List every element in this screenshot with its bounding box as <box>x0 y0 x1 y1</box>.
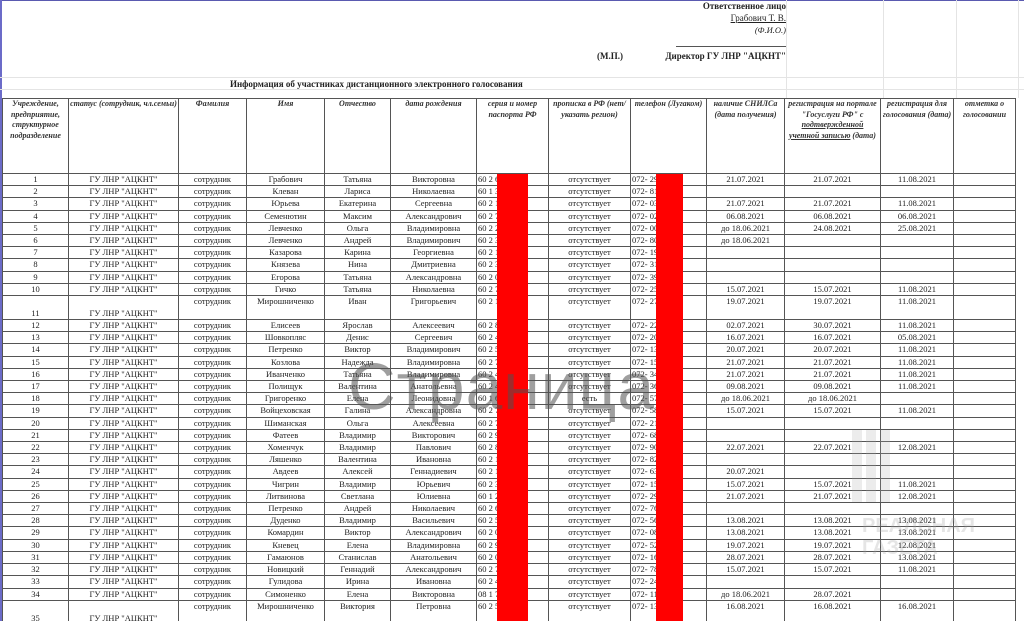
cell-gosuslugi: 19.07.2021 <box>785 539 881 551</box>
cell-vote-registration: 11.08.2021 <box>881 564 954 576</box>
sheet-gridline <box>0 89 1024 90</box>
row-number: 10 <box>3 283 69 295</box>
cell-middle-name: Александрович <box>391 564 477 576</box>
cell-first-name: Ольга <box>325 417 391 429</box>
cell-last-name: Козлова <box>247 356 325 368</box>
cell-vote-registration: 13.08.2021 <box>881 527 954 539</box>
cell-middle-name: Анатольевич <box>391 551 477 563</box>
cell-last-name: Авдеев <box>247 466 325 478</box>
cell-snils <box>707 271 785 283</box>
cell-snils: 15.07.2021 <box>707 283 785 295</box>
cell-snils: 21.07.2021 <box>707 356 785 368</box>
cell-vote-registration: 11.08.2021 <box>881 368 954 380</box>
cell-first-name: Владимир <box>325 429 391 441</box>
cell-snils: 15.07.2021 <box>707 564 785 576</box>
cell-middle-name: Александрович <box>391 527 477 539</box>
col-header-org: Учреждение, предприятие, структурное под… <box>3 99 69 174</box>
row-number: 13 <box>3 332 69 344</box>
cell-registration: отсутствует <box>549 210 631 222</box>
cell-status: сотрудник <box>179 235 247 247</box>
cell-org: ГУ ЛНР "АЦКНТ" <box>69 490 179 502</box>
cell-org: ГУ ЛНР "АЦКНТ" <box>69 564 179 576</box>
cell-first-name: Нина <box>325 259 391 271</box>
cell-vote-mark <box>954 235 1016 247</box>
cell-last-name: Дуденко <box>247 515 325 527</box>
cell-first-name: Татьяна <box>325 271 391 283</box>
cell-status: сотрудник <box>179 381 247 393</box>
cell-vote-mark <box>954 405 1016 417</box>
cell-snils: 13.08.2021 <box>707 527 785 539</box>
cell-middle-name: Павлович <box>391 442 477 454</box>
cell-vote-registration <box>881 186 954 198</box>
responsible-person-name-text: Грабович Т. В. <box>731 13 786 23</box>
cell-status: сотрудник <box>179 515 247 527</box>
cell-registration: отсутствует <box>549 283 631 295</box>
cell-snils: 21.07.2021 <box>707 174 785 186</box>
cell-snils: 20.07.2021 <box>707 466 785 478</box>
cell-gosuslugi <box>785 466 881 478</box>
cell-first-name: Карина <box>325 247 391 259</box>
cell-gosuslugi: 09.08.2021 <box>785 381 881 393</box>
cell-registration: отсутствует <box>549 174 631 186</box>
cell-vote-mark <box>954 503 1016 515</box>
cell-gosuslugi: 15.07.2021 <box>785 564 881 576</box>
cell-org: ГУ ЛНР "АЦКНТ" <box>69 405 179 417</box>
cell-org: ГУ ЛНР "АЦКНТ" <box>69 417 179 429</box>
cell-last-name: Егорова <box>247 271 325 283</box>
row-number: 31 <box>3 551 69 563</box>
cell-org: ГУ ЛНР "АЦКНТ" <box>69 271 179 283</box>
row-number: 15 <box>3 356 69 368</box>
cell-vote-registration <box>881 588 954 600</box>
cell-status: сотрудник <box>179 405 247 417</box>
row-number: 3 <box>3 198 69 210</box>
cell-gosuslugi: 15.07.2021 <box>785 283 881 295</box>
cell-first-name: Валентина <box>325 381 391 393</box>
cell-last-name: Семенютин <box>247 210 325 222</box>
cell-org: ГУ ЛНР "АЦКНТ" <box>69 454 179 466</box>
document-title: Информация об участниках дистанционного … <box>230 79 523 89</box>
cell-middle-name: Алексеевич <box>391 320 477 332</box>
cell-gosuslugi <box>785 186 881 198</box>
cell-registration: отсутствует <box>549 186 631 198</box>
cell-org: ГУ ЛНР "АЦКНТ" <box>69 344 179 356</box>
cell-last-name: Левченко <box>247 222 325 234</box>
cell-vote-registration: 11.08.2021 <box>881 320 954 332</box>
cell-snils <box>707 576 785 588</box>
cell-last-name: Казарова <box>247 247 325 259</box>
cell-org: ГУ ЛНР "АЦКНТ" <box>69 210 179 222</box>
cell-vote-registration: 11.08.2021 <box>881 478 954 490</box>
cell-registration: отсутствует <box>549 271 631 283</box>
cell-vote-mark <box>954 490 1016 502</box>
cell-registration: отсутствует <box>549 442 631 454</box>
row-number: 12 <box>3 320 69 332</box>
cell-middle-name: Григорьевич <box>391 296 477 320</box>
cell-org: ГУ ЛНР "АЦКНТ" <box>69 368 179 380</box>
cell-vote-registration <box>881 247 954 259</box>
cell-middle-name: Николаевна <box>391 186 477 198</box>
cell-registration: отсутствует <box>549 454 631 466</box>
cell-gosuslugi <box>785 259 881 271</box>
cell-registration: отсутствует <box>549 198 631 210</box>
cell-snils: 02.07.2021 <box>707 320 785 332</box>
cell-middle-name: Дмитриевна <box>391 259 477 271</box>
cell-org: ГУ ЛНР "АЦКНТ" <box>69 222 179 234</box>
cell-gosuslugi: 28.07.2021 <box>785 551 881 563</box>
cell-status: сотрудник <box>179 503 247 515</box>
cell-snils <box>707 417 785 429</box>
row-number: 14 <box>3 344 69 356</box>
cell-vote-mark <box>954 588 1016 600</box>
cell-registration: отсутствует <box>549 368 631 380</box>
cell-last-name: Левченко <box>247 235 325 247</box>
cell-gosuslugi: 15.07.2021 <box>785 405 881 417</box>
cell-gosuslugi: 19.07.2021 <box>785 296 881 320</box>
signature-line <box>676 46 786 47</box>
cell-vote-mark <box>954 515 1016 527</box>
cell-first-name: Иван <box>325 296 391 320</box>
cell-org: ГУ ЛНР "АЦКНТ" <box>69 588 179 600</box>
row-number: 26 <box>3 490 69 502</box>
cell-status: сотрудник <box>179 490 247 502</box>
cell-org: ГУ ЛНР "АЦКНТ" <box>69 186 179 198</box>
cell-last-name: Петренко <box>247 503 325 515</box>
cell-status: сотрудник <box>179 222 247 234</box>
row-number: 33 <box>3 576 69 588</box>
col-header-first-name: Имя <box>247 99 325 174</box>
cell-status: сотрудник <box>179 478 247 490</box>
sheet-gridline <box>883 0 884 98</box>
cell-last-name: Григоренко <box>247 393 325 405</box>
cell-status: сотрудник <box>179 186 247 198</box>
row-number: 6 <box>3 235 69 247</box>
cell-vote-mark <box>954 429 1016 441</box>
cell-middle-name: Владимировна <box>391 356 477 368</box>
cell-snils: 09.08.2021 <box>707 381 785 393</box>
cell-last-name: Мирошниченко <box>247 600 325 621</box>
cell-gosuslugi: 20.07.2021 <box>785 344 881 356</box>
redaction-passport <box>497 174 528 621</box>
row-number: 11 <box>3 296 69 320</box>
cell-snils: 15.07.2021 <box>707 405 785 417</box>
cell-gosuslugi: 21.07.2021 <box>785 490 881 502</box>
cell-middle-name: Николаевна <box>391 283 477 295</box>
cell-middle-name: Анатольевна <box>391 381 477 393</box>
cell-org: ГУ ЛНР "АЦКНТ" <box>69 442 179 454</box>
cell-snils <box>707 429 785 441</box>
col-header-vote-registration: регистрация для голосования (дата) <box>881 99 954 174</box>
cell-snils: до 18.06.2021 <box>707 393 785 405</box>
cell-snils: 19.07.2021 <box>707 539 785 551</box>
cell-first-name: Виктор <box>325 527 391 539</box>
window-top-edge <box>0 0 1024 1</box>
cell-middle-name: Владимирович <box>391 235 477 247</box>
cell-gosuslugi <box>785 503 881 515</box>
cell-registration: отсутствует <box>549 222 631 234</box>
cell-middle-name: Ивановна <box>391 454 477 466</box>
cell-vote-mark <box>954 186 1016 198</box>
cell-vote-mark <box>954 576 1016 588</box>
cell-gosuslugi <box>785 576 881 588</box>
cell-gosuslugi: 24.08.2021 <box>785 222 881 234</box>
cell-middle-name: Владимировна <box>391 222 477 234</box>
cell-vote-registration: 11.08.2021 <box>881 283 954 295</box>
cell-org: ГУ ЛНР "АЦКНТ" <box>69 576 179 588</box>
cell-status: сотрудник <box>179 454 247 466</box>
cell-status: сотрудник <box>179 210 247 222</box>
cell-vote-registration: 12.08.2021 <box>881 442 954 454</box>
cell-gosuslugi <box>785 271 881 283</box>
cell-vote-registration <box>881 576 954 588</box>
cell-first-name: Галина <box>325 405 391 417</box>
col-header-passport: серия и номер паспорта РФ <box>477 99 549 174</box>
cell-org: ГУ ЛНР "АЦКНТ" <box>69 381 179 393</box>
cell-registration: отсутствует <box>549 503 631 515</box>
cell-first-name: Лариса <box>325 186 391 198</box>
row-number: 16 <box>3 368 69 380</box>
col-header-registration: прописка в РФ (нет/ указать регион) <box>549 99 631 174</box>
cell-gosuslugi: 13.08.2021 <box>785 515 881 527</box>
cell-vote-mark <box>954 210 1016 222</box>
cell-middle-name: Юлиевна <box>391 490 477 502</box>
cell-snils: 06.08.2021 <box>707 210 785 222</box>
cell-vote-mark <box>954 259 1016 271</box>
cell-last-name: Фатеев <box>247 429 325 441</box>
cell-middle-name: Петровна <box>391 600 477 621</box>
row-number: 22 <box>3 442 69 454</box>
cell-middle-name: Сергеевич <box>391 332 477 344</box>
cell-registration: есть <box>549 393 631 405</box>
cell-first-name: Андрей <box>325 503 391 515</box>
cell-first-name: Екатерина <box>325 198 391 210</box>
cell-last-name: Шовкопляс <box>247 332 325 344</box>
cell-org: ГУ ЛНР "АЦКНТ" <box>69 478 179 490</box>
cell-status: сотрудник <box>179 600 247 621</box>
cell-org: ГУ ЛНР "АЦКНТ" <box>69 527 179 539</box>
cell-vote-mark <box>954 600 1016 621</box>
sheet-gridline <box>956 0 957 98</box>
cell-org: ГУ ЛНР "АЦКНТ" <box>69 320 179 332</box>
cell-status: сотрудник <box>179 198 247 210</box>
cell-org: ГУ ЛНР "АЦКНТ" <box>69 551 179 563</box>
cell-gosuslugi: 22.07.2021 <box>785 442 881 454</box>
cell-org: ГУ ЛНР "АЦКНТ" <box>69 503 179 515</box>
cell-org: ГУ ЛНР "АЦКНТ" <box>69 247 179 259</box>
cell-vote-mark <box>954 198 1016 210</box>
cell-status: сотрудник <box>179 283 247 295</box>
cell-status: сотрудник <box>179 588 247 600</box>
cell-registration: отсутствует <box>549 320 631 332</box>
cell-org: ГУ ЛНР "АЦКНТ" <box>69 356 179 368</box>
cell-vote-mark <box>954 551 1016 563</box>
cell-registration: отсутствует <box>549 527 631 539</box>
responsible-person-name: Грабович Т. В. <box>600 13 786 23</box>
cell-org: ГУ ЛНР "АЦКНТ" <box>69 174 179 186</box>
cell-status: сотрудник <box>179 417 247 429</box>
cell-gosuslugi <box>785 235 881 247</box>
row-number: 27 <box>3 503 69 515</box>
cell-vote-mark <box>954 564 1016 576</box>
row-number: 9 <box>3 271 69 283</box>
cell-vote-registration <box>881 454 954 466</box>
row-number: 1 <box>3 174 69 186</box>
cell-status: сотрудник <box>179 332 247 344</box>
cell-first-name: Владимир <box>325 478 391 490</box>
cell-vote-registration: 06.08.2021 <box>881 210 954 222</box>
cell-last-name: Князева <box>247 259 325 271</box>
row-number: 24 <box>3 466 69 478</box>
cell-registration: отсутствует <box>549 405 631 417</box>
cell-vote-mark <box>954 442 1016 454</box>
cell-vote-mark <box>954 527 1016 539</box>
cell-first-name: Татьяна <box>325 368 391 380</box>
row-number: 30 <box>3 539 69 551</box>
cell-middle-name: Владимирович <box>391 344 477 356</box>
cell-middle-name: Сергеевна <box>391 198 477 210</box>
cell-snils: 28.07.2021 <box>707 551 785 563</box>
cell-vote-mark <box>954 283 1016 295</box>
cell-last-name: Полищук <box>247 381 325 393</box>
row-number: 28 <box>3 515 69 527</box>
cell-snils: 21.07.2021 <box>707 490 785 502</box>
cell-last-name: Симоненко <box>247 588 325 600</box>
cell-vote-mark <box>954 381 1016 393</box>
row-number: 20 <box>3 417 69 429</box>
cell-snils <box>707 503 785 515</box>
col-header-birth-date: дата рождения <box>391 99 477 174</box>
cell-snils: 21.07.2021 <box>707 368 785 380</box>
cell-gosuslugi: 13.08.2021 <box>785 527 881 539</box>
cell-gosuslugi <box>785 429 881 441</box>
cell-status: сотрудник <box>179 393 247 405</box>
col-header-vote-mark: отметка о голосовании <box>954 99 1016 174</box>
table-header-row: Учреждение, предприятие, структурное под… <box>3 99 1016 174</box>
cell-org: ГУ ЛНР "АЦКНТ" <box>69 198 179 210</box>
cell-first-name: Андрей <box>325 235 391 247</box>
cell-last-name: Клеван <box>247 186 325 198</box>
cell-first-name: Елена <box>325 393 391 405</box>
col-header-last-name: Фамилия <box>179 99 247 174</box>
cell-last-name: Войцеховская <box>247 405 325 417</box>
cell-last-name: Грабович <box>247 174 325 186</box>
cell-vote-registration: 11.08.2021 <box>881 296 954 320</box>
row-number: 35 <box>3 600 69 621</box>
cell-snils: 13.08.2021 <box>707 515 785 527</box>
cell-org: ГУ ЛНР "АЦКНТ" <box>69 259 179 271</box>
cell-last-name: Иванченко <box>247 368 325 380</box>
cell-status: сотрудник <box>179 174 247 186</box>
fio-hint: (Ф.И.О.) <box>600 25 786 35</box>
cell-vote-registration: 13.08.2021 <box>881 551 954 563</box>
cell-last-name: Гулидова <box>247 576 325 588</box>
cell-first-name: Татьяна <box>325 283 391 295</box>
cell-status: сотрудник <box>179 527 247 539</box>
cell-vote-registration <box>881 466 954 478</box>
col-header-status: статус (сотрудник, чл.семьи) <box>69 99 179 174</box>
cell-vote-mark <box>954 320 1016 332</box>
col-header-phone: телефон (Лугаком) <box>631 99 707 174</box>
cell-status: сотрудник <box>179 247 247 259</box>
cell-registration: отсутствует <box>549 247 631 259</box>
cell-vote-registration: 11.08.2021 <box>881 198 954 210</box>
cell-org: ГУ ЛНР "АЦКНТ" <box>69 283 179 295</box>
cell-middle-name: Геннадиевич <box>391 466 477 478</box>
cell-first-name: Денис <box>325 332 391 344</box>
cell-middle-name: Николаевич <box>391 503 477 515</box>
cell-gosuslugi: 16.07.2021 <box>785 332 881 344</box>
cell-registration: отсутствует <box>549 356 631 368</box>
cell-first-name: Виктор <box>325 344 391 356</box>
cell-gosuslugi: 16.08.2021 <box>785 600 881 621</box>
cell-snils: 20.07.2021 <box>707 344 785 356</box>
cell-last-name: Мирошниченко <box>247 296 325 320</box>
cell-org: ГУ ЛНР "АЦКНТ" <box>69 332 179 344</box>
cell-snils: 19.07.2021 <box>707 296 785 320</box>
sheet-gridline <box>0 77 1024 78</box>
cell-first-name: Владимир <box>325 442 391 454</box>
cell-vote-registration <box>881 235 954 247</box>
cell-last-name: Елисеев <box>247 320 325 332</box>
cell-last-name: Новицкий <box>247 564 325 576</box>
cell-first-name: Елена <box>325 588 391 600</box>
cell-vote-mark <box>954 466 1016 478</box>
sheet-gridline <box>786 0 787 98</box>
cell-gosuslugi: до 18.06.2021 <box>785 393 881 405</box>
cell-snils: до 18.06.2021 <box>707 235 785 247</box>
cell-middle-name: Викторовна <box>391 174 477 186</box>
cell-snils: 16.08.2021 <box>707 600 785 621</box>
cell-snils <box>707 259 785 271</box>
cell-status: сотрудник <box>179 466 247 478</box>
director-label: Директор ГУ ЛНР "АЦКНТ" <box>640 51 786 61</box>
cell-org: ГУ ЛНР "АЦКНТ" <box>69 429 179 441</box>
redaction-phone <box>656 174 683 621</box>
cell-vote-mark <box>954 271 1016 283</box>
cell-registration: отсутствует <box>549 296 631 320</box>
cell-last-name: Кневец <box>247 539 325 551</box>
cell-vote-mark <box>954 368 1016 380</box>
cell-middle-name: Ивановна <box>391 576 477 588</box>
cell-status: сотрудник <box>179 259 247 271</box>
cell-gosuslugi: 21.07.2021 <box>785 198 881 210</box>
col-header-snils: наличие СНИЛСа (дата получения) <box>707 99 785 174</box>
cell-org: ГУ ЛНР "АЦКНТ" <box>69 235 179 247</box>
row-number: 7 <box>3 247 69 259</box>
cell-vote-registration: 13.08.2021 <box>881 515 954 527</box>
row-number: 8 <box>3 259 69 271</box>
cell-middle-name: Леонидовна <box>391 393 477 405</box>
cell-registration: отсутствует <box>549 600 631 621</box>
cell-gosuslugi: 28.07.2021 <box>785 588 881 600</box>
cell-last-name: Ляшенко <box>247 454 325 466</box>
cell-snils: 16.07.2021 <box>707 332 785 344</box>
cell-registration: отсутствует <box>549 515 631 527</box>
cell-last-name: Петренко <box>247 344 325 356</box>
cell-gosuslugi <box>785 454 881 466</box>
cell-middle-name: Александровна <box>391 405 477 417</box>
cell-registration: отсутствует <box>549 466 631 478</box>
cell-last-name: Комардин <box>247 527 325 539</box>
col-header-gosuslugi: регистрация на портале "Госуслуги РФ" с … <box>785 99 881 174</box>
cell-registration: отсутствует <box>549 235 631 247</box>
cell-gosuslugi <box>785 417 881 429</box>
cell-vote-registration <box>881 393 954 405</box>
cell-gosuslugi: 21.07.2021 <box>785 356 881 368</box>
cell-last-name: Литвинова <box>247 490 325 502</box>
row-number: 34 <box>3 588 69 600</box>
cell-status: сотрудник <box>179 356 247 368</box>
